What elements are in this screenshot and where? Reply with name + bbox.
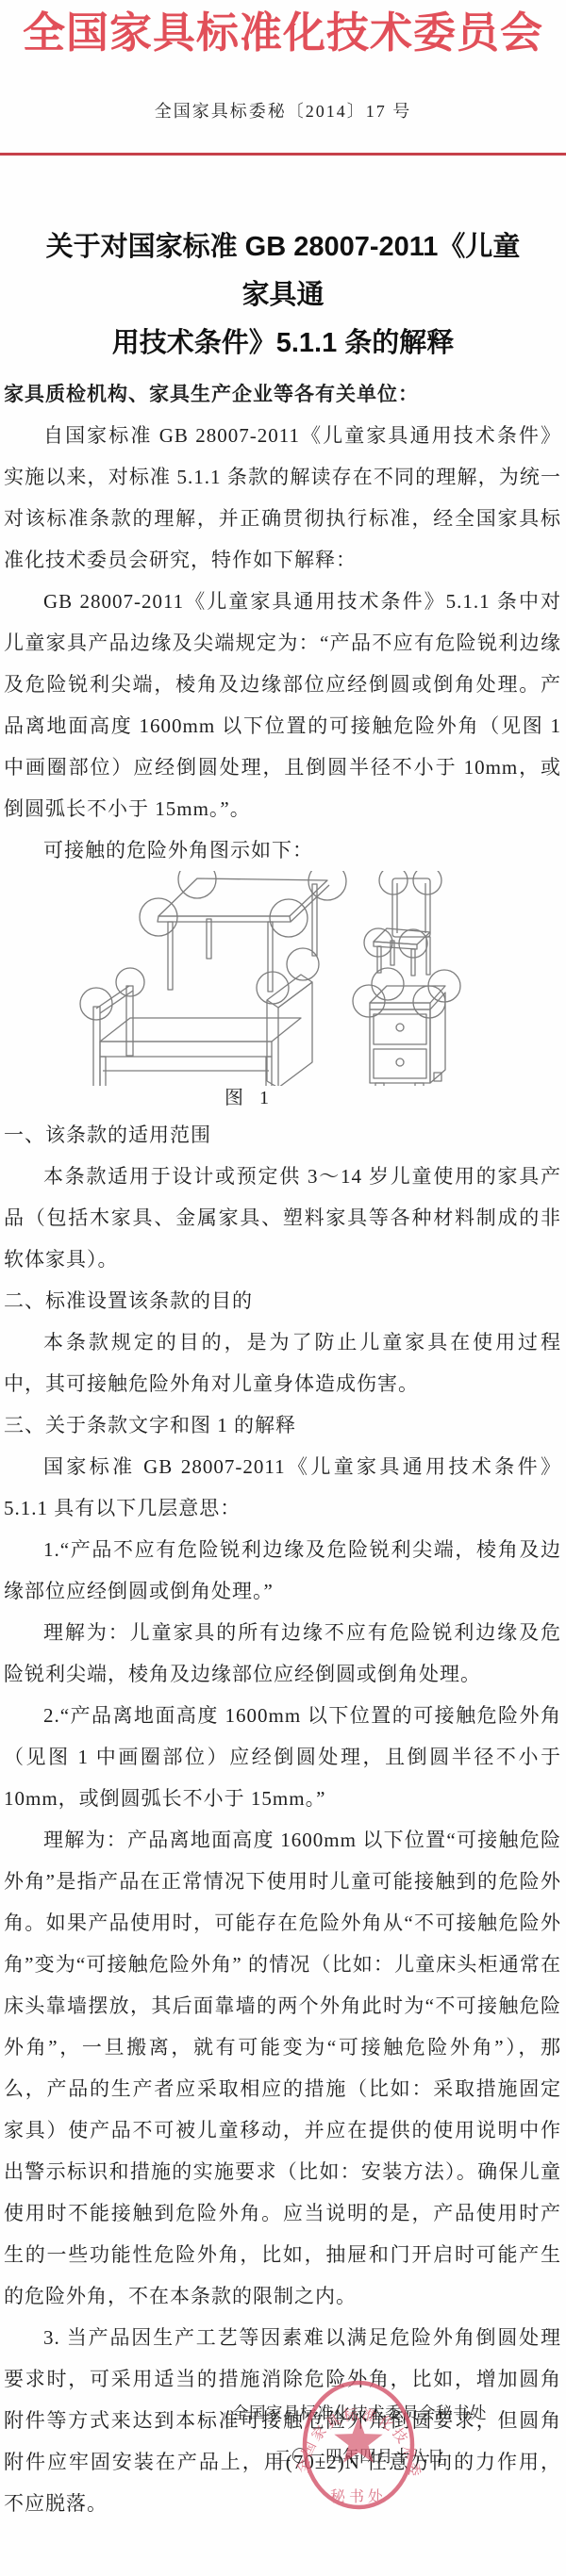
nightstand-drawing xyxy=(353,968,460,1086)
figure-1: 图 1 xyxy=(0,871,566,1110)
document-sections: 一、该条款的适用范围 本条款适用于设计或预定供 3～14 岁儿童使用的家具产品（… xyxy=(4,1114,561,2524)
paragraph-figure-intro: 可接触的危险外角图示如下： xyxy=(4,829,561,871)
section-3-heading: 三、关于条款文字和图 1 的解释 xyxy=(4,1404,561,1446)
danger-corner-marker xyxy=(413,871,441,894)
official-document-page: 全国家具标准化技术委员会 全国家具标委秘〔2014〕17 号 关于对国家标准 G… xyxy=(0,0,566,2576)
section-1-paragraph: 本条款适用于设计或预定供 3～14 岁儿童使用的家具产品（包括木家具、金属家具、… xyxy=(4,1156,561,1280)
section-2-paragraph: 本条款规定的目的，是为了防止儿童家具在使用过程中，其可接触危险外角对儿童身体造成… xyxy=(4,1321,561,1404)
seal-bottom-text: 秘书处 xyxy=(330,2488,387,2505)
salutation: 家具质检机构、家具生产企业等各有关单位： xyxy=(4,373,561,415)
danger-corner-marker xyxy=(353,985,385,1017)
document-title-line2: 用技术条件》5.1.1 条的解释 xyxy=(38,320,528,368)
bed-drawing xyxy=(80,948,319,1086)
section-3-paragraph-4: 2.“产品离地面高度 1600mm 以下位置的可接触危险外角（见图 1 中画圈部… xyxy=(4,1695,561,1819)
section-3-paragraph-1: 国家标准 GB 28007-2011《儿童家具通用技术条件》5.1.1 具有以下… xyxy=(4,1446,561,1529)
danger-corner-marker xyxy=(308,871,346,900)
section-2-heading: 二、标准设置该条款的目的 xyxy=(4,1280,561,1321)
document-body: 家具质检机构、家具生产企业等各有关单位： 自国家标准 GB 28007-2011… xyxy=(4,373,561,871)
danger-corner-marker xyxy=(80,988,112,1020)
chair-drawing xyxy=(364,871,441,976)
paragraph-quote: GB 28007-2011《儿童家具通用技术条件》5.1.1 条中对儿童家具产品… xyxy=(4,581,561,829)
paragraph-intro: 自国家标准 GB 28007-2011《儿童家具通用技术条件》实施以来，对标准 … xyxy=(4,415,561,581)
org-name: 全国家具标准化技术委员会 xyxy=(2,9,564,57)
danger-corner-marker xyxy=(379,871,408,894)
red-divider-rule xyxy=(0,153,566,156)
danger-corner-marker xyxy=(270,899,308,937)
figure-caption: 图 1 xyxy=(225,1086,566,1110)
official-seal: 全国家具标准化技术委员会 秘书处 xyxy=(290,2367,427,2524)
section-1-heading: 一、该条款的适用范围 xyxy=(4,1114,561,1156)
document-title: 关于对国家标准 GB 28007-2011《儿童家具通 用技术条件》5.1.1 … xyxy=(38,223,528,368)
section-3-paragraph-5: 理解为：产品离地面高度 1600mm 以下位置“可接触危险外角”是指产品在正常情… xyxy=(4,1819,561,2317)
section-3-paragraph-3: 理解为：儿童家具的所有边缘不应有危险锐利边缘及危险锐利尖端，棱角及边缘部位应经倒… xyxy=(4,1612,561,1695)
furniture-danger-corner-figure xyxy=(0,871,566,1086)
document-title-line1: 关于对国家标准 GB 28007-2011《儿童家具通 xyxy=(38,223,528,320)
section-3-paragraph-2: 1.“产品不应有危险锐利边缘及危险锐利尖端，棱角及边缘部位应经倒圆或倒角处理。” xyxy=(4,1529,561,1612)
danger-corner-marker xyxy=(372,968,404,1000)
doc-number: 全国家具标委秘〔2014〕17 号 xyxy=(0,98,566,123)
danger-corner-marker xyxy=(178,871,216,898)
